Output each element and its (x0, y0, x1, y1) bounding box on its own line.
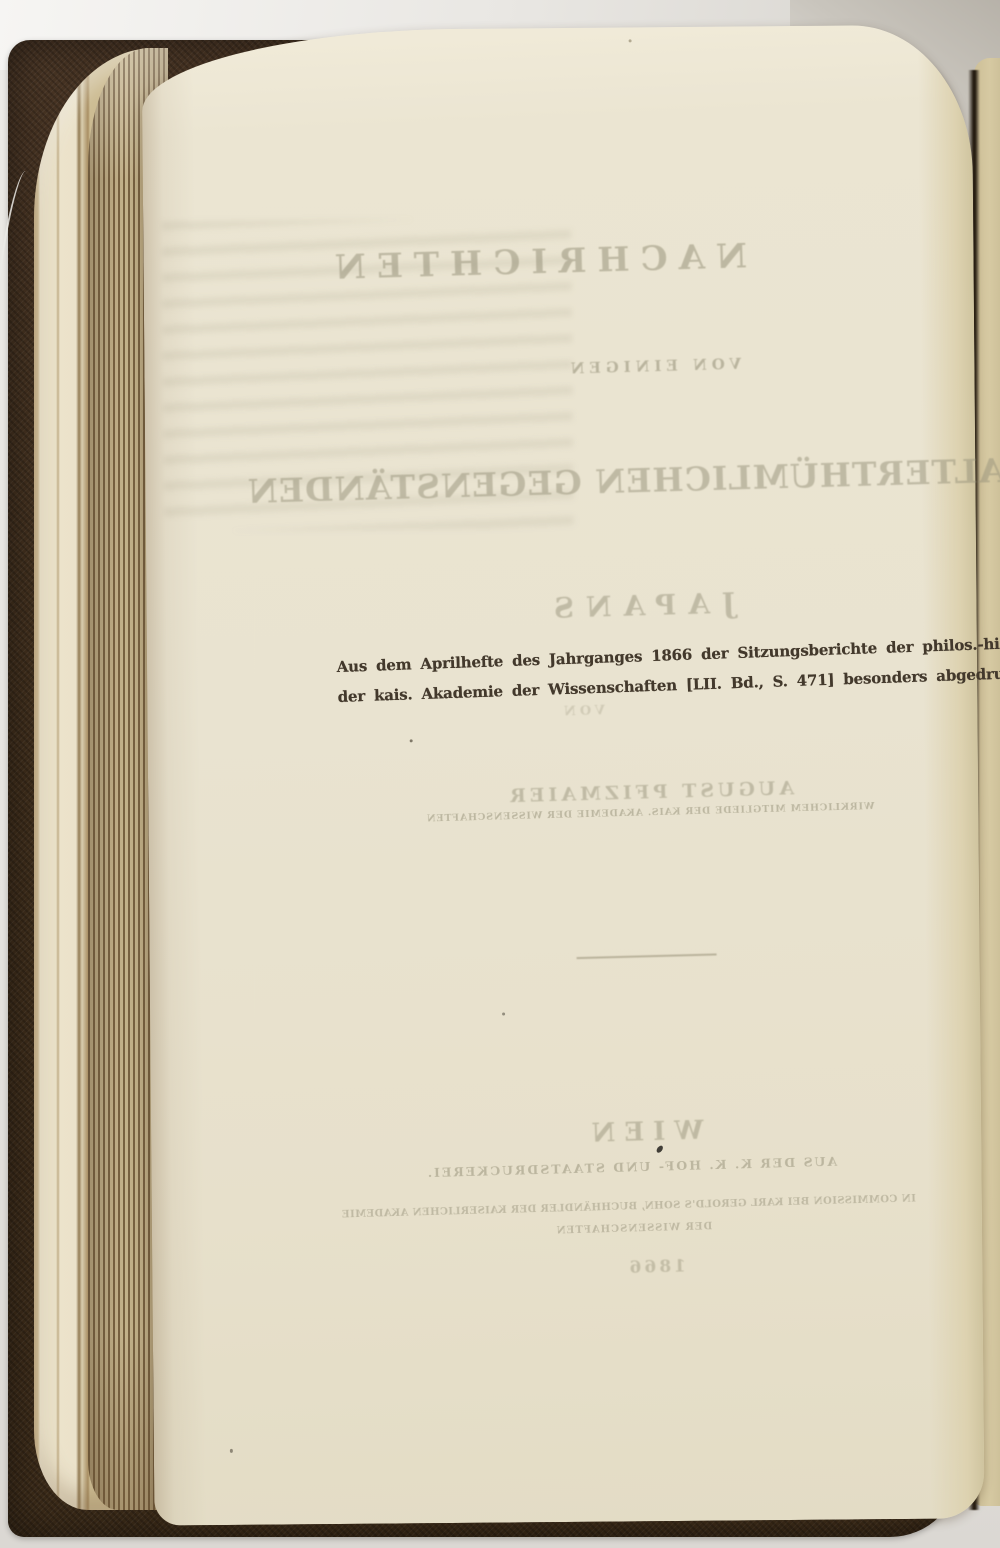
open-book-photo: NACHRICHTEN VON EINIGEN ALTERTHÜMLICHEN … (0, 0, 1000, 1548)
ghost-title-object: JAPANS (224, 578, 1000, 634)
ink-speck (502, 1013, 505, 1016)
ghost-imprint-year: 1866 (242, 1246, 1000, 1289)
ink-speck (629, 39, 632, 42)
ghost-imprint-place: WIEN (229, 1106, 1000, 1159)
ghost-divider-rule (577, 953, 717, 959)
ink-speck (410, 739, 413, 742)
ink-speck (230, 1449, 233, 1453)
blank-verso-page: NACHRICHTEN VON EINIGEN ALTERTHÜMLICHEN … (141, 24, 984, 1525)
